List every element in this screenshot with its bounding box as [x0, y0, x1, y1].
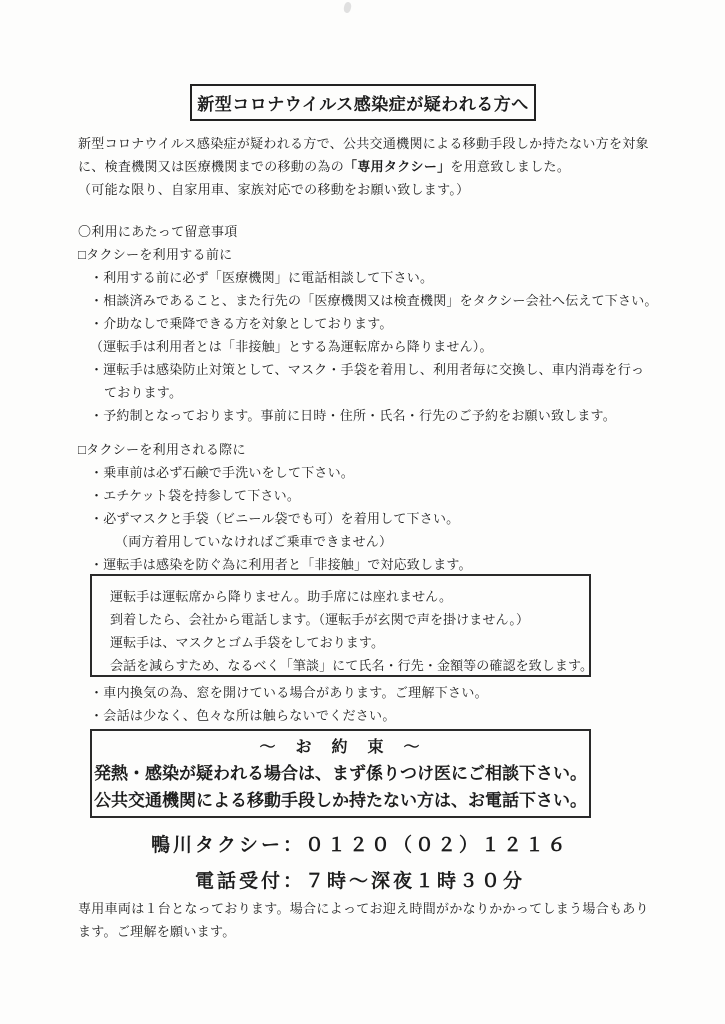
section-heading-during-use: □タクシーを利用される際に	[78, 438, 246, 461]
footer-line: 専用車両は１台となっております。場合によってお迎え時間がかなりかかってしまう場合…	[78, 897, 649, 920]
intro-line: に、検査機関又は医療機関までの移動の為の「専用タクシー」を用意致しました。	[78, 155, 649, 178]
footer-line: ます。ご理解を願います。	[78, 920, 649, 943]
list-item: ・運転手は感染を防ぐ為に利用者と「非接触」で対応致します。	[78, 553, 472, 576]
phone-number-line: 鴨川タクシー：０１２０（０２）１２１６	[60, 830, 660, 857]
additional-notes-list: ・車内換気の為、窓を開けている場合があります。ご理解下さい。 ・会話は少なく、色…	[78, 681, 488, 727]
notice-line: 運転手は、マスクとゴム手袋をしております。	[110, 631, 589, 654]
notes-heading: 〇利用にあたって留意事項	[78, 220, 238, 243]
page-title: 新型コロナウイルス感染症が疑われる方へ	[197, 90, 528, 115]
list-item: ・利用する前に必ず「医療機関」に電話相談して下さい。	[78, 266, 658, 289]
list-item-continuation: ております。	[78, 381, 658, 404]
list-item: ・車内換気の為、窓を開けている場合があります。ご理解下さい。	[78, 681, 488, 704]
promise-line: 公共交通機関による移動手段しか持たない方は、お電話下さい。	[92, 787, 589, 814]
special-taxi-emphasis: 「専用タクシー」	[344, 159, 450, 174]
list-item: ・乗車前は必ず石鹸で手洗いをして下さい。	[78, 461, 472, 484]
during-use-list: ・乗車前は必ず石鹸で手洗いをして下さい。 ・エチケット袋を持参して下さい。 ・必…	[78, 461, 472, 576]
list-item: ・相談済みであること、また行先の「医療機関又は検査機関」をタクシー会社へ伝えて下…	[78, 289, 658, 312]
section-heading-before-use: □タクシーを利用する前に	[78, 243, 232, 266]
intro-line: 新型コロナウイルス感染症が疑われる方で、公共交通機関による移動手段しか持たない方…	[78, 132, 649, 155]
notice-line: 到着したら、会社から電話します。（運転手が玄関で声を掛けません。）	[110, 608, 589, 631]
list-item: ・必ずマスクと手袋（ビニール袋でも可）を着用して下さい。	[78, 507, 472, 530]
title-box: 新型コロナウイルス感染症が疑われる方へ	[190, 84, 536, 121]
list-item: ・運転手は感染防止対策として、マスク・手袋を着用し、利用者毎に交換し、車内消毒を…	[78, 358, 658, 381]
reception-hours-line: 電話受付：７時～深夜１時３０分	[60, 866, 660, 893]
list-item: ・エチケット袋を持参して下さい。	[78, 484, 472, 507]
promise-title: ～ お 約 束 ～	[92, 736, 589, 760]
notice-line: 運転手は運転席から降りません。助手席には座れません。	[110, 585, 589, 608]
list-item: ・会話は少なく、色々な所は触らないでください。	[78, 704, 488, 727]
notice-line: 会話を減らすため、なるべく「筆談」にて氏名・行先・金額等の確認を致します。	[110, 654, 589, 677]
promise-box: ～ お 約 束 ～ 発熱・感染が疑われる場合は、まず係りつけ医にご相談下さい。 …	[90, 729, 591, 818]
intro-paragraph: 新型コロナウイルス感染症が疑われる方で、公共交通機関による移動手段しか持たない方…	[78, 132, 649, 201]
scanned-notice-page: 新型コロナウイルス感染症が疑われる方へ 新型コロナウイルス感染症が疑われる方で、…	[0, 0, 725, 1024]
footer-note: 専用車両は１台となっております。場合によってお迎え時間がかなりかかってしまう場合…	[78, 897, 649, 943]
list-item: （運転手は利用者とは「非接触」とする為運転席から降りません）。	[78, 335, 658, 358]
list-item-note: （両方着用していなければご乗車できません）	[78, 530, 472, 553]
list-item: ・介助なしで乗降できる方を対象としております。	[78, 312, 658, 335]
scan-artifact	[343, 1, 352, 13]
intro-line: （可能な限り、自家用車、家族対応での移動をお願い致します。）	[78, 178, 649, 201]
driver-notice-box: 運転手は運転席から降りません。助手席には座れません。 到着したら、会社から電話し…	[90, 574, 591, 677]
before-use-list: ・利用する前に必ず「医療機関」に電話相談して下さい。 ・相談済みであること、また…	[78, 266, 658, 427]
promise-line: 発熱・感染が疑われる場合は、まず係りつけ医にご相談下さい。	[92, 760, 589, 787]
list-item: ・予約制となっております。事前に日時・住所・氏名・行先のご予約をお願い致します。	[78, 404, 658, 427]
